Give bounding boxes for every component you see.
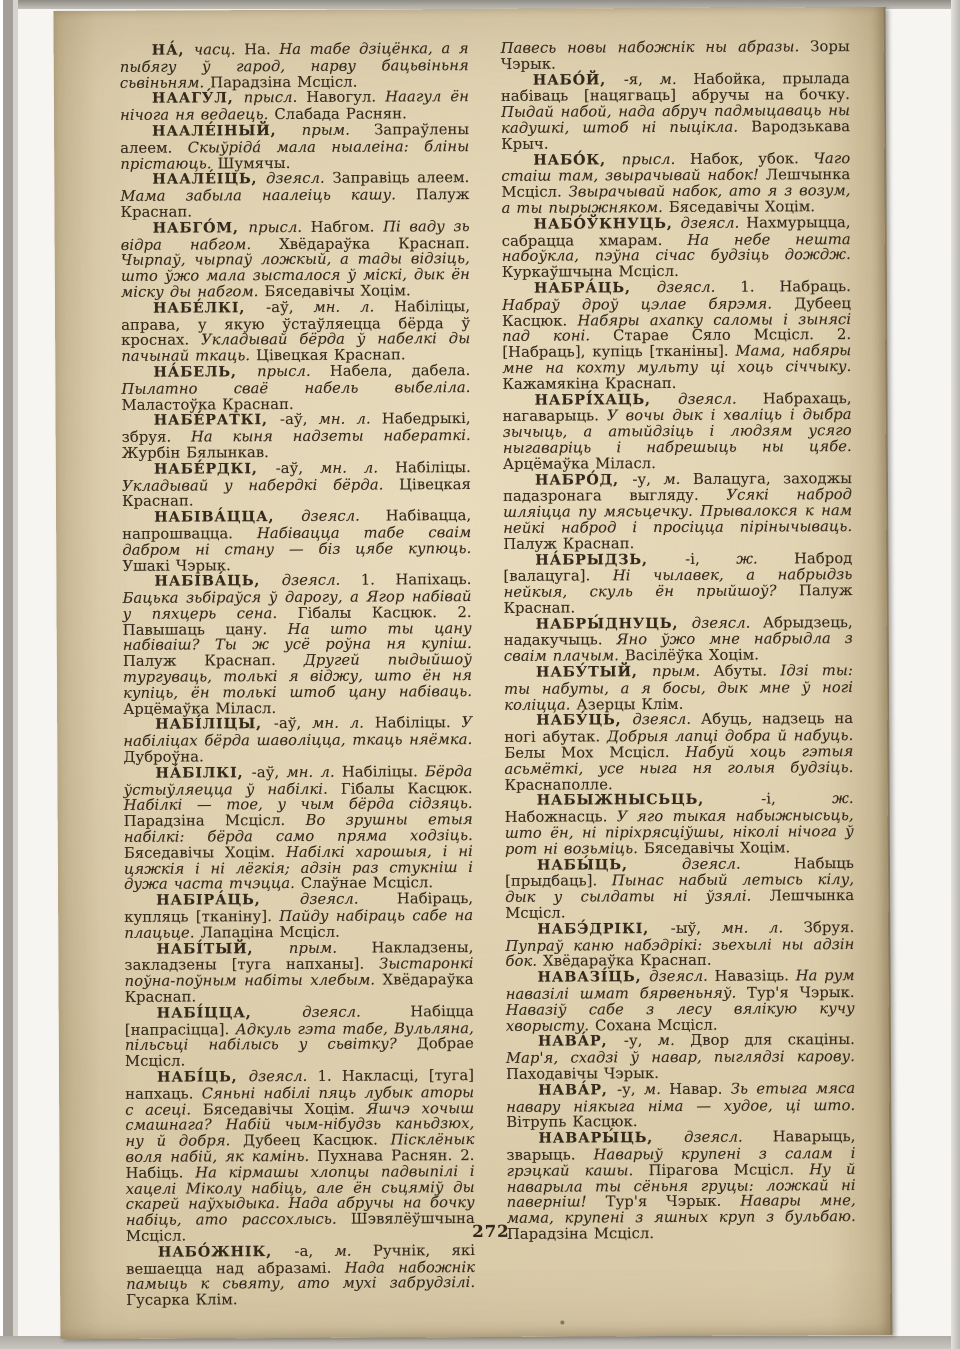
grammar-label: дзеясл. xyxy=(282,572,361,589)
grammar-label: прым. xyxy=(302,121,374,138)
source-locality: Вітрупь Касцюк. xyxy=(506,1114,637,1132)
headword: НАБУ́ТЫЙ, xyxy=(536,664,652,681)
dictionary-entry: НАБРІ́ХАЦЬ, дзеясл. Набрахаць, нагаварыц… xyxy=(503,391,852,473)
grammar-label: мн. л. xyxy=(319,411,382,428)
grammar-label: прысл. xyxy=(248,219,310,236)
headword: НАБІВА́ЦЬ, xyxy=(154,573,281,590)
dictionary-entry: НАБЕ́ЛКІ, -аў, мн. л. Набіліцы, аправа, … xyxy=(121,299,470,365)
headword: НАБРА́ЦЬ, xyxy=(534,280,657,297)
grammar-label: мн. л. xyxy=(320,459,395,476)
source-locality: Ушакі Чэрык. xyxy=(122,557,231,575)
grammar-label: дзеясл. xyxy=(302,1003,410,1021)
definition-text: Набгом. xyxy=(311,218,383,235)
grammar-label: дзеясл. xyxy=(657,279,741,296)
source-locality: Куркаўшчына Мсцісл. xyxy=(502,263,679,281)
headword: НАБЭ́ДРІКІ, xyxy=(537,921,670,938)
source-locality: Арцёмаўка Міласл. xyxy=(123,700,276,718)
grammar-label: дзеясл. xyxy=(249,1068,318,1085)
example-text: Мар'я, схадзі ў навар, пыглядзі карову. xyxy=(506,1048,855,1067)
dictionary-entry: НА́БРЫДЗЬ, -і, ж. Наброд [валацуга]. Ні … xyxy=(503,551,852,617)
definition-text: -у, xyxy=(617,1081,644,1098)
source-locality: Маластоўка Краснап. xyxy=(122,395,294,413)
definition-text: -аў, xyxy=(266,299,313,316)
headword: НА́, xyxy=(152,42,194,58)
definition-text: На. xyxy=(244,41,279,58)
definition-text: Набіліцы. xyxy=(342,763,425,780)
dictionary-entry: НА́, часц. На. На табе дзіцёнка, а я пыб… xyxy=(120,41,469,91)
scan-speck xyxy=(560,1321,564,1325)
dictionary-entry: НАБЭ́ДРІКІ, -ыў, мн. л. Збруя. Пупраў ка… xyxy=(505,920,854,970)
definition-text: Заправіць алеем. xyxy=(332,169,469,187)
grammar-label: прысл. xyxy=(257,363,330,380)
definition-text: -аў, xyxy=(280,411,319,428)
grammar-label: дзеясл. xyxy=(692,614,763,631)
headword: НАБІРА́ЦЬ, xyxy=(156,892,300,909)
dictionary-entry: НАБІ́ТЫЙ, прым. Накладзены, закладзены [… xyxy=(124,940,473,1006)
headword: НАБІ́ЦЬ, xyxy=(157,1069,249,1085)
dictionary-entry: НАБО́ЖНІК, -а, м. Ручнік, які вешаецца н… xyxy=(126,1243,475,1309)
dictionary-page: НА́, часц. На. На табе дзіцёнка, а я пыб… xyxy=(54,7,893,1339)
dictionary-entry: НАБЫ́ЦЬ, дзеясл. Набыць [прыдбаць]. Пына… xyxy=(505,856,854,922)
grammar-label: м. xyxy=(660,70,694,87)
grammar-label: дзеясл. xyxy=(301,508,386,525)
grammar-label: мн. л. xyxy=(286,764,342,781)
definition-text: Абуты. xyxy=(713,662,780,679)
definition-text: Набела, дабела. xyxy=(330,362,471,380)
grammar-label: м. xyxy=(644,1081,669,1098)
grammar-label: дзеясл. xyxy=(681,214,747,231)
headword: НАБІВА́ЦЦА, xyxy=(154,509,301,526)
definition-text: -і, xyxy=(685,550,736,567)
example-text: Павесь новы набожнік ны абразы. xyxy=(501,38,811,57)
headword: НАБЫ́ЦЬ, xyxy=(537,857,682,874)
headword: НАБО́К, xyxy=(533,152,621,168)
headword: НАБЫЖНЫСЬЦЬ, xyxy=(537,792,762,809)
dictionary-entry: НАБІ́ЛІЦЫ, -аў, мн. л. Набіліцы. У набіл… xyxy=(123,715,472,765)
grammar-label: прысл. xyxy=(622,150,690,167)
headword: НААЛЕ́ІЦЬ, xyxy=(152,171,266,188)
grammar-label: дзеясл. xyxy=(300,891,397,909)
grammar-label: дзеясл. xyxy=(682,855,794,873)
headword: НАВАРЫ́ЦЬ, xyxy=(538,1130,684,1147)
headword: НАБГО́М, xyxy=(153,220,249,237)
dictionary-entry: НАБІВА́ЦЦА, дзеясл. Набівацца, напрошвац… xyxy=(122,508,471,574)
headword: НААЛЕ́ІНЫЙ, xyxy=(152,123,302,140)
grammar-label: дзеясл. xyxy=(684,1129,773,1146)
grammar-label: мн. л. xyxy=(312,715,375,732)
headword: НАБУ́ЦЬ, xyxy=(536,713,632,730)
dictionary-entry: НАВАЗІ́ЦЬ, дзеясл. Навазіць. На рум нава… xyxy=(506,968,855,1034)
headword: НА́БРЫДЗЬ, xyxy=(535,551,685,568)
dictionary-entry: НАБІ́ЦЦА, дзеясл. Набіцца [напрасіцца]. … xyxy=(125,1004,474,1070)
dictionary-entry: НАБЫЖНЫСЬЦЬ, -і, ж. Набожнасць. У яго ты… xyxy=(505,791,854,857)
grammar-label: часц. xyxy=(194,41,244,58)
definition-text: Навар. xyxy=(669,1080,731,1097)
definition-text: -аў, xyxy=(274,715,312,732)
dictionary-entry: НААЛЕ́ІНЫЙ, прым. Запраўлены алеем. Скыў… xyxy=(120,122,469,172)
dictionary-entry: НАБО́ЎКНУЦЬ, дзеясл. Нахмурыцца, сабрацц… xyxy=(502,215,851,281)
definition-text: -ыў, xyxy=(671,920,722,937)
grammar-label: прым. xyxy=(652,663,713,680)
grammar-label: м. xyxy=(663,470,693,487)
left-column: НА́, часц. На. На табе дзіцёнка, а я пыб… xyxy=(120,41,476,1309)
definition-text: -у, xyxy=(632,471,663,488)
headword: НАБРО́Д, xyxy=(535,472,633,489)
scan-edge-right xyxy=(951,0,960,1349)
text-area: НА́, часц. На. На табе дзіцёнка, а я пыб… xyxy=(120,39,857,1309)
dictionary-entry: НАБРО́Д, -у, м. Валацуга, заходжы падазр… xyxy=(503,471,852,553)
headword: НАВА́Р, xyxy=(538,1082,617,1098)
dictionary-entry: НАБРЫ́ДНУЦЬ, дзеясл. Абрыдзець, надакучы… xyxy=(504,615,853,665)
source-locality: Палуж Краснап. xyxy=(503,535,634,553)
dictionary-entry: НАВА́Р, -у, м. Двор для скаціны. Мар'я, … xyxy=(506,1032,855,1082)
definition-text: Навазіць. xyxy=(715,968,796,985)
dictionary-entry: НААЛЕ́ІЦЬ, дзеясл. Заправіць алеем. Мама… xyxy=(120,170,469,220)
headword: НАБРЫ́ДНУЦЬ, xyxy=(536,616,692,633)
headword: НАВАЗІ́ЦЬ, xyxy=(538,969,650,986)
dictionary-entry: НА́БІЛКІ, -аў, мн. л. Набіліцы. Бёрда ўс… xyxy=(123,764,473,893)
source-locality: Журбін Бялынкав. xyxy=(122,444,269,462)
headword: НАБО́ЖНІК, xyxy=(158,1244,295,1261)
dictionary-entry: НАБІ́ЦЬ, дзеясл. 1. Накласці, [туга] нап… xyxy=(125,1068,475,1245)
headword: НАБЕ́ЛКІ, xyxy=(153,300,266,317)
headword: НАБІ́ЛІЦЫ, xyxy=(155,717,274,734)
headword: НАВА́Р, xyxy=(538,1034,624,1050)
grammar-label: ж. xyxy=(736,550,794,567)
definition-text: Набіліцы. xyxy=(375,715,462,732)
dictionary-entry: НАБІРА́ЦЬ, дзеясл. Набіраць, купляць [тк… xyxy=(124,891,473,941)
grammar-label: прысл. xyxy=(244,89,307,106)
grammar-label: м. xyxy=(334,1242,372,1259)
headword: НААГУ́Л, xyxy=(152,91,244,107)
example-text: Укладывай у набердкі бёрда. xyxy=(122,476,399,494)
headword: НАБО́Й, xyxy=(533,72,624,88)
definition-text: Набок, убок. xyxy=(690,150,814,168)
headword: НАБРІ́ХАЦЬ, xyxy=(535,391,679,408)
source-locality: Гусарка Клім. xyxy=(126,1291,237,1309)
dictionary-entry: НАБЕ́РАТКІ, -аў, мн. л. Набедрыкі, збруя… xyxy=(122,411,471,461)
dictionary-entry: НАБО́Й, -я, м. Набойка, прылада набіваць… xyxy=(501,71,850,153)
definition-text: 1. Набраць. xyxy=(740,278,851,296)
definition-text: -у, xyxy=(624,1032,658,1049)
source-locality: Кажамякіна Краснап. xyxy=(502,375,676,393)
entry-continuation: Павесь новы набожнік ны абразы. Зоры Чэр… xyxy=(501,39,850,72)
grammar-label: прым. xyxy=(289,939,372,956)
grammar-label: дзеясл. xyxy=(632,711,701,728)
definition-text: Набіліцы. xyxy=(395,459,471,476)
grammar-label: мн. л. xyxy=(722,919,804,936)
source-locality: Дуброўна. xyxy=(123,748,204,765)
definition-text: -а, xyxy=(294,1242,334,1259)
definition-text: -аў, xyxy=(252,764,287,781)
dictionary-entry: НАВА́Р, -у, м. Навар. Зь етыга мяса нава… xyxy=(506,1081,855,1131)
dictionary-entry: НАБРА́ЦЬ, дзеясл. 1. Набраць. Набраў дро… xyxy=(502,279,852,392)
headword: НАБЕ́РДКІ, xyxy=(154,461,276,478)
headword: НАБО́ЎКНУЦЬ, xyxy=(534,216,681,233)
headword: НА́БІЛКІ, xyxy=(155,765,251,782)
example-text: На кыня надзеты набераткі. xyxy=(191,427,471,445)
definition-text: -я, xyxy=(624,71,660,88)
grammar-label: ж. xyxy=(832,790,854,807)
example-text: Мама забыла наалеіць кашу. xyxy=(120,186,416,205)
dictionary-entry: НАБГО́М, прысл. Набгом. Пі ваду зь відра… xyxy=(121,219,470,301)
grammar-label: дзеясл. xyxy=(266,170,332,187)
dictionary-entry: НАБІВА́ЦЬ, дзеясл. 1. Напіхаць. Бацька з… xyxy=(122,572,472,717)
grammar-label: дзеясл. xyxy=(678,390,763,407)
definition-text: 1. Напіхаць. xyxy=(361,571,472,589)
dictionary-entry: НАБЕ́РДКІ, -аў, мн. л. Набіліцы. Укладыв… xyxy=(122,460,471,510)
dictionary-entry: НААГУ́Л, прысл. Навогул. Наагул ён нічог… xyxy=(120,89,469,123)
scan-edge-left xyxy=(0,0,18,1349)
dictionary-entry: НА́БЕЛЬ, прысл. Набела, дабела. Пылатно … xyxy=(121,363,470,413)
dictionary-entry: НАБО́К, прысл. Набок, убок. Чаго стаіш т… xyxy=(501,151,850,217)
definition-text: -аў, xyxy=(276,460,320,477)
dictionary-entry: НАБУ́ЦЬ, дзеясл. Абуць, надзець на ногі … xyxy=(504,711,853,793)
definition-text: -і, xyxy=(761,791,832,808)
example-text: Пылатно сваё набель выбеліла. xyxy=(121,379,470,398)
dictionary-entry: НАБУ́ТЫЙ, прым. Абуты. Ідзі ты: ты набут… xyxy=(504,663,853,713)
definition-text: Двор для скаціны. xyxy=(690,1031,855,1049)
page-number: 272 xyxy=(126,1220,856,1243)
headword: НАБЕ́РАТКІ, xyxy=(154,412,280,429)
headword: НАБІ́ТЫЙ, xyxy=(156,941,289,958)
grammar-label: м. xyxy=(658,1032,690,1049)
source-locality: Краснаполле. xyxy=(505,776,613,794)
grammar-label: мн. л. xyxy=(313,298,394,315)
grammar-label: дзеясл. xyxy=(649,968,715,985)
headword: НАБІ́ЦЦА, xyxy=(157,1005,302,1022)
right-column: Павесь новы набожнік ны абразы. Зоры Чэр… xyxy=(501,39,857,1307)
definition-text: Навогул. xyxy=(306,89,385,106)
headword: НА́БЕЛЬ, xyxy=(153,364,257,381)
definition-text: Збруя. xyxy=(804,919,855,936)
